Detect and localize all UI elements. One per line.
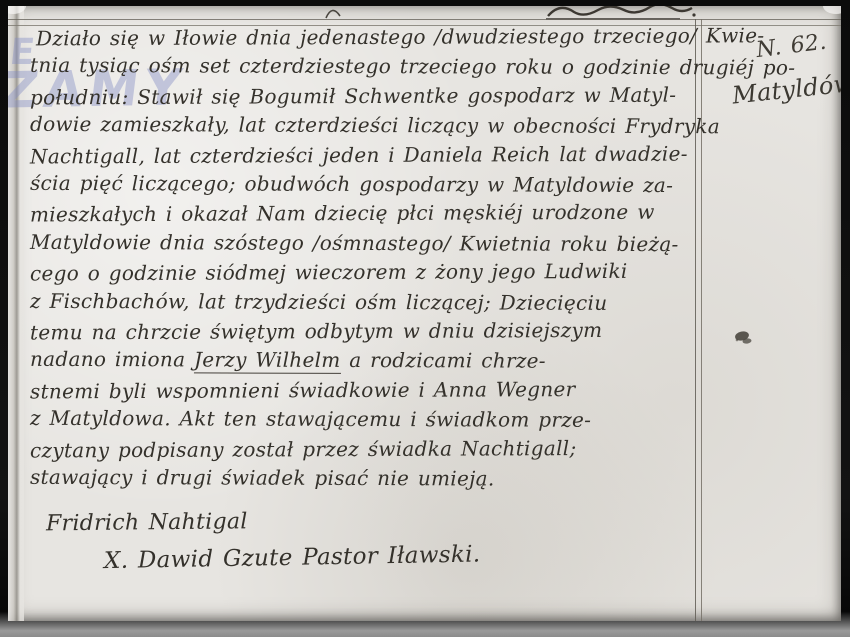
- record-line: Matyldowie dnia szóstego /ośmnastego/ Kw…: [30, 228, 690, 260]
- child-given-names: Jerzy Wilhelm: [194, 348, 341, 375]
- record-line: mieszkałych i okazał Nam dziecię płci mę…: [30, 198, 690, 230]
- record-line: południu: Stawił się Bogumił Schwentke g…: [30, 80, 690, 112]
- record-line: stawający i drugi świadek pisać nie umie…: [30, 463, 690, 495]
- page-left-edge: [8, 6, 24, 621]
- record-line: z Matyldowa. Akt ten stawającemu i świad…: [30, 404, 690, 436]
- record-line: Działo się w Iłowie dnia jedenastego /dw…: [30, 22, 690, 54]
- record-line: tnia tysiąc ośm set czterdziestego trzec…: [30, 51, 690, 83]
- record-line: cego o godzinie siódmej wieczorem z żony…: [30, 257, 690, 289]
- name-line-post: a rodzicami chrze-: [341, 348, 546, 373]
- record-line: ścia pięć liczącego; obudwóch gospodarzy…: [30, 169, 690, 201]
- record-line: stnemi byli wspomnieni świadkowie i Anna…: [30, 374, 690, 406]
- record-text-block: Działo się w Iłowie dnia jedenastego /dw…: [30, 23, 690, 569]
- record-line: dowie zamieszkały, lat czterdzieści licz…: [30, 110, 690, 142]
- scan-corner-top-right: [823, 6, 841, 14]
- record-line: Nachtigall, lat czterdzieści jeden i Dan…: [30, 139, 690, 171]
- witness-signature: Fridrich Nahtigal: [46, 504, 690, 536]
- record-line: czytany podpisany został przez świadka N…: [30, 433, 690, 465]
- record-line: temu na chrzcie świętym odbytym w dniu d…: [30, 316, 690, 348]
- record-line-child-names: nadano imiona Jerzy Wilhelm a rodzicami …: [30, 345, 690, 377]
- margin-column: N. 62. Matyldów: [700, 19, 841, 621]
- paper-sheet: E ZAMY Działo się w Iłowie dnia jedenast…: [8, 6, 841, 621]
- scanned-record-page: E ZAMY Działo się w Iłowie dnia jedenast…: [0, 0, 850, 637]
- record-place: Matyldów: [731, 70, 841, 109]
- clipped-handwriting-fragment: [298, 6, 718, 20]
- name-line-pre: nadano imiona: [30, 347, 194, 372]
- record-line: z Fischbachów, lat trzydzieści ośm liczą…: [30, 287, 690, 319]
- ink-blot: [733, 328, 755, 348]
- pastor-signature: X. Dawid Gzute Pastor Iławski.: [104, 537, 690, 573]
- record-number: N. 62.: [755, 28, 841, 63]
